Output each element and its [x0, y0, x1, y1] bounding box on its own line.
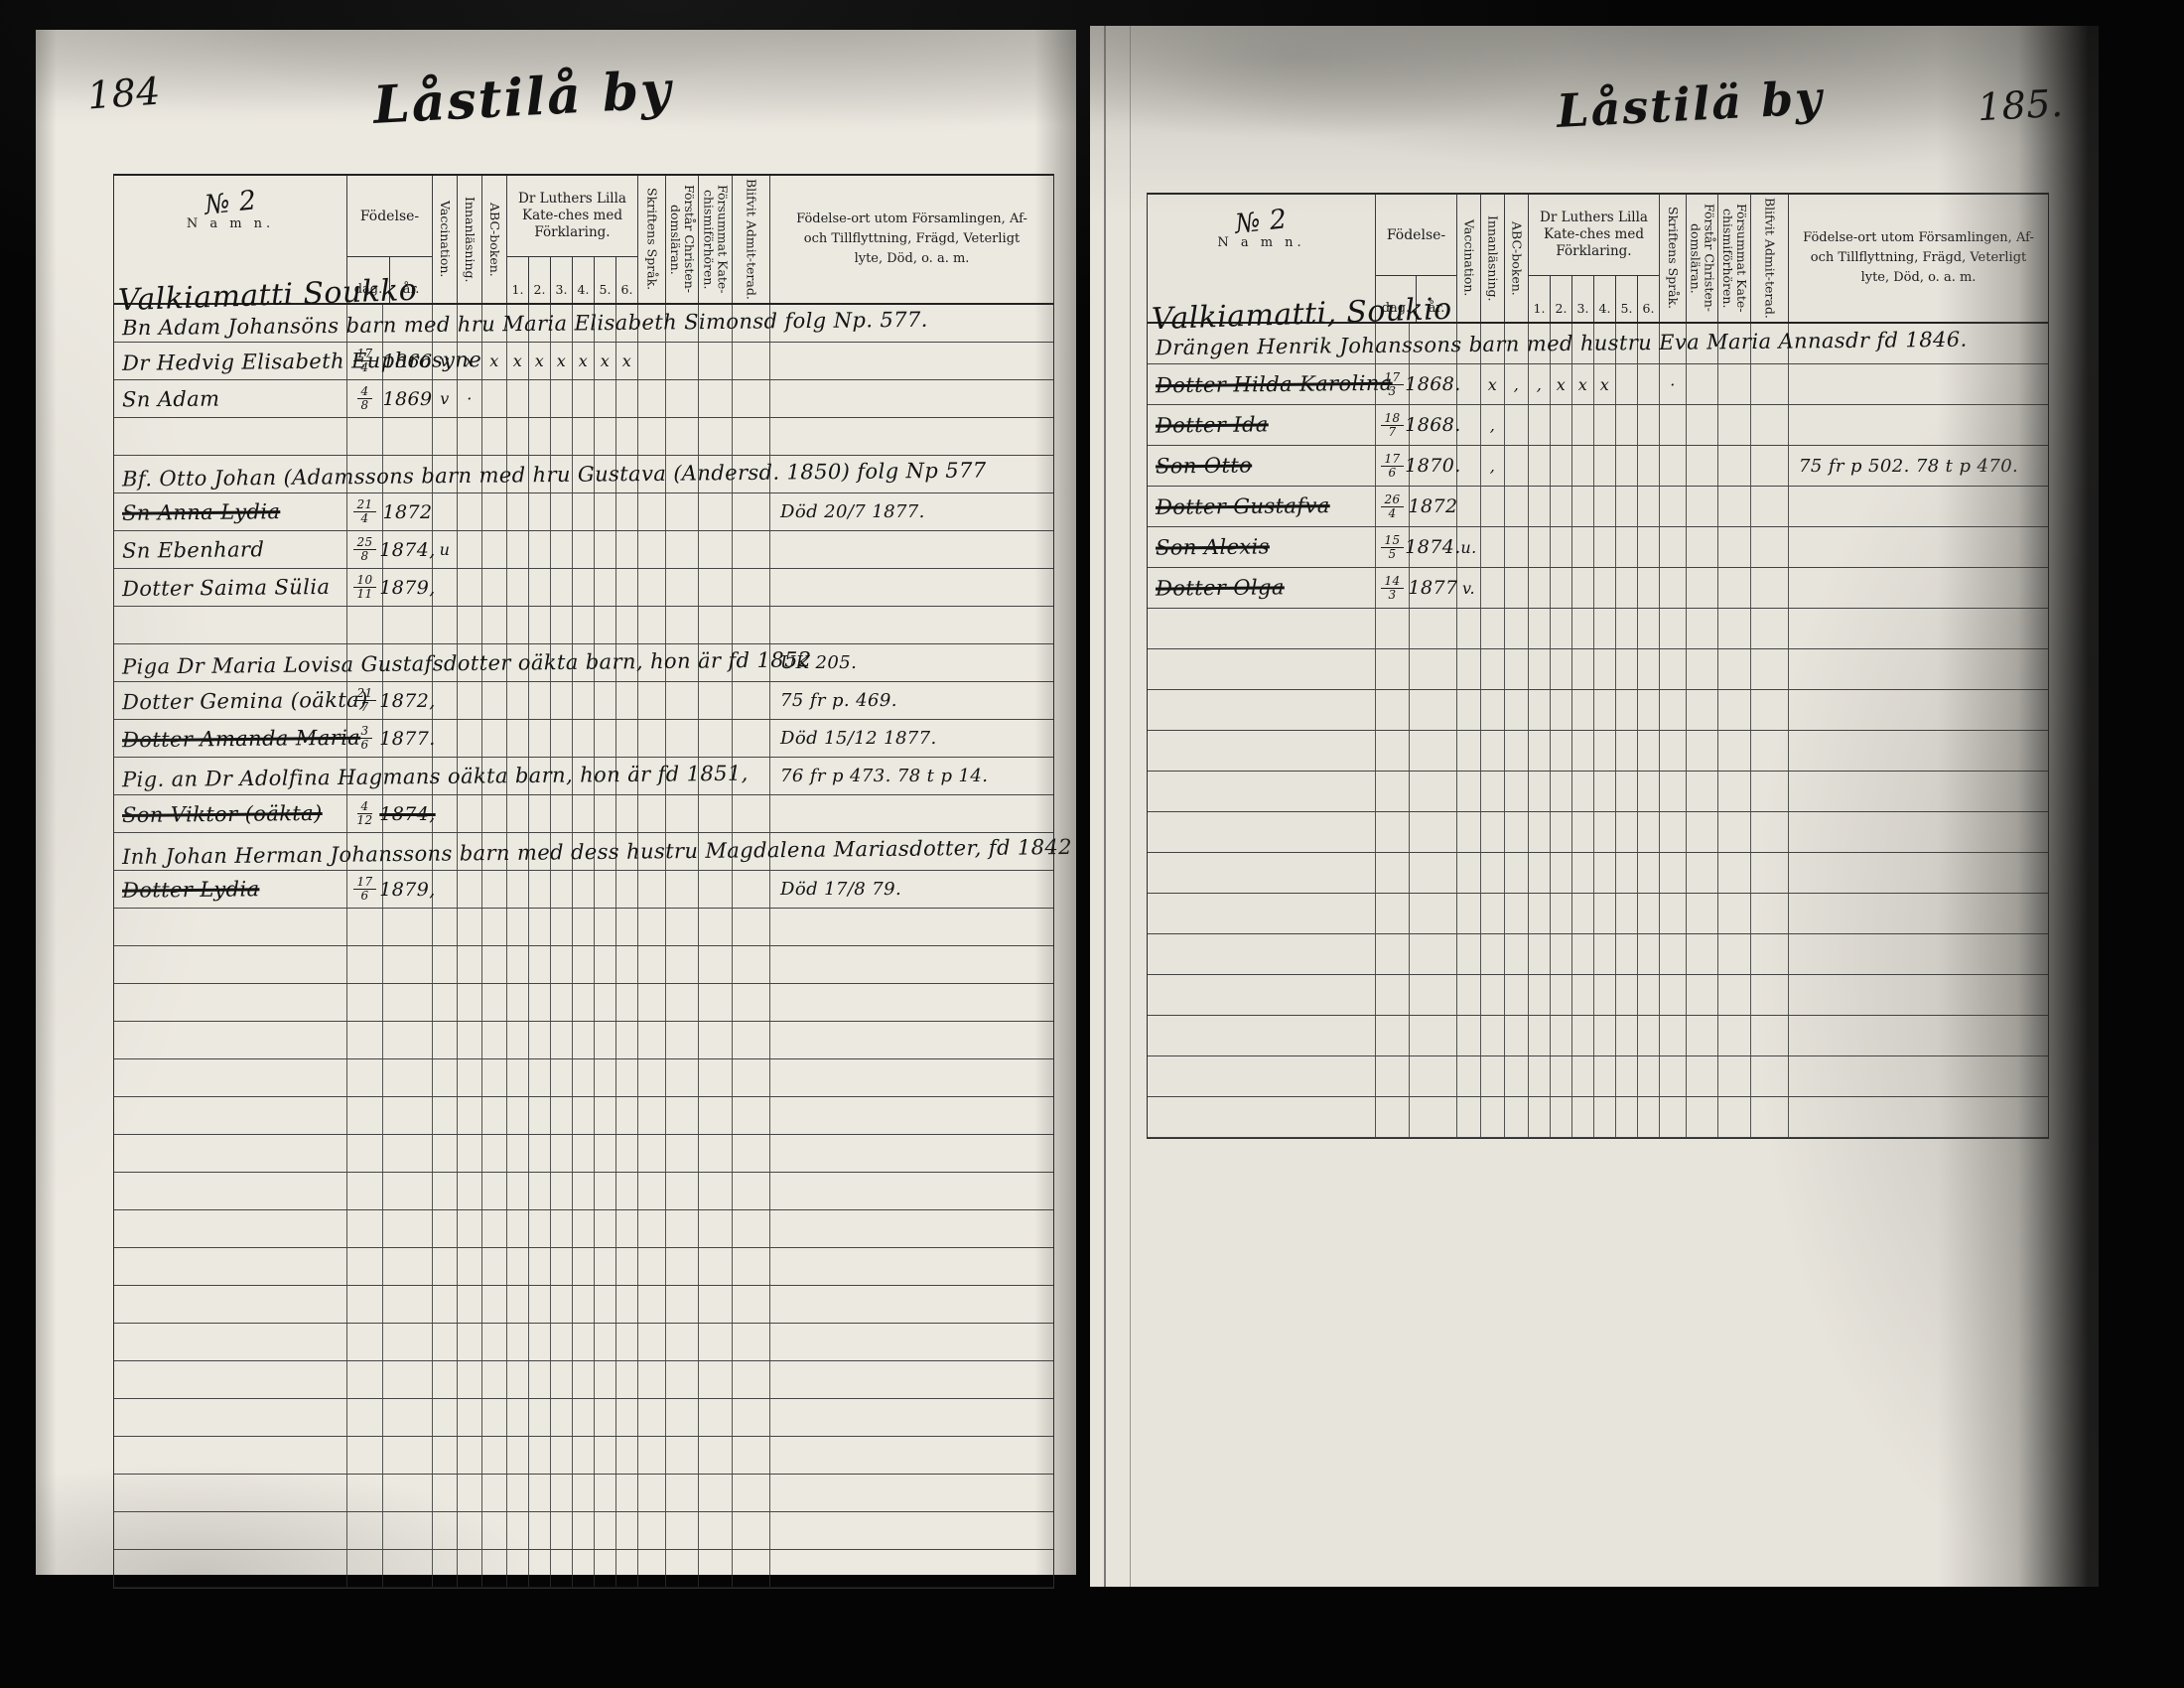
- table-row: [114, 418, 1053, 456]
- mark-cell: [433, 909, 458, 945]
- mark-cell: [551, 984, 573, 1021]
- mark: x: [557, 352, 566, 370]
- table-row: [114, 1097, 1053, 1135]
- birth-year: 1868.: [1405, 414, 1460, 436]
- name-label: N a m n.: [187, 216, 274, 231]
- mark-cell: [1687, 690, 1718, 730]
- mark-cell: [529, 795, 551, 832]
- name-cell: [1148, 649, 1376, 689]
- mark-cell: [458, 1550, 482, 1587]
- mark-cell: [733, 343, 770, 379]
- mark-cell: [616, 871, 638, 908]
- mark-cell: [699, 1437, 733, 1474]
- mark-cell: [458, 1173, 482, 1209]
- mark-cell: [1751, 975, 1789, 1015]
- mark-cell: [666, 418, 699, 455]
- mark-cell: [529, 946, 551, 983]
- mark-cell: [638, 1324, 666, 1360]
- neglect-label: Försummat Kate-chismiförhören.: [1720, 198, 1748, 319]
- mark-cell: [507, 1399, 529, 1436]
- birth-year-cell: [1410, 609, 1457, 648]
- mark-cell: [529, 1210, 551, 1247]
- table-row: Sn Ebenhard2581874,u: [114, 531, 1053, 569]
- mark-cell: [1594, 487, 1616, 526]
- household-number: № 2: [1234, 204, 1289, 239]
- binding-fold: [1104, 26, 1131, 1587]
- table-row: Dotter Amanda Maria361877.Död 15/12 1877…: [114, 720, 1053, 758]
- birth-day: 264: [1381, 493, 1403, 519]
- mark-cell: [1660, 446, 1687, 486]
- table-row: [1148, 690, 2048, 731]
- mark-cell: [551, 1399, 573, 1436]
- mark-cell: [573, 682, 595, 719]
- mark-cell: [1551, 568, 1572, 608]
- name-cell: [114, 1286, 347, 1323]
- birth-day-cell: [347, 1550, 383, 1587]
- person-name: Dotter Olga: [1156, 575, 1285, 600]
- birth-day-cell: [1376, 690, 1410, 730]
- birth-day-cell: [347, 1097, 383, 1134]
- mark-cell: [616, 1097, 638, 1134]
- column-header-reading: Innanläsning.: [1481, 195, 1505, 322]
- mark-cell: [1481, 853, 1505, 893]
- mark-cell: [595, 1475, 616, 1511]
- catechism-4: 4.: [573, 257, 595, 303]
- mark-cell: [666, 1324, 699, 1360]
- note-cell: [1789, 527, 2048, 567]
- mark-cell: [551, 1173, 573, 1209]
- mark-cell: [1551, 812, 1572, 852]
- mark-cell: [433, 1173, 458, 1209]
- birth-year: 1879,: [379, 577, 435, 599]
- name-cell: Dotter Amanda Maria: [114, 720, 347, 757]
- mark-cell: [666, 1361, 699, 1398]
- table-row: Dotter Gustafva2641872: [1148, 487, 2048, 527]
- mark-cell: [616, 795, 638, 832]
- name-cell: Dotter Lydia: [114, 871, 347, 908]
- name-cell: [114, 1361, 347, 1398]
- mark-cell: [1660, 649, 1687, 689]
- mark-cell: [666, 946, 699, 983]
- birth-year: 1877: [1409, 577, 1458, 599]
- birth-year-cell: [383, 1173, 433, 1209]
- table-row: [114, 1475, 1053, 1512]
- admitted-label: Blifvit Admit-terad.: [1763, 198, 1777, 319]
- mark-cell: [1718, 853, 1751, 893]
- birth-year-cell: 1872: [1410, 487, 1457, 526]
- mark-cell: [1572, 487, 1594, 526]
- name-cell: Dotter Olga: [1148, 568, 1376, 608]
- frac-part: 6: [360, 890, 368, 903]
- mark-cell: [638, 1399, 666, 1436]
- mark-cell: [507, 1324, 529, 1360]
- note-cell: [770, 795, 1053, 832]
- mark-cell: [1687, 364, 1718, 404]
- mark-cell: [666, 343, 699, 379]
- birth-day-cell: [1376, 649, 1410, 689]
- note-cell: [770, 531, 1053, 568]
- mark-cell: [433, 720, 458, 757]
- frac-part: 6: [360, 739, 368, 752]
- birth-day-cell: [347, 984, 383, 1021]
- mark-cell: ,: [1481, 405, 1505, 445]
- mark-cell: v.: [1457, 568, 1481, 608]
- mark-cell: [1718, 812, 1751, 852]
- mark: v.: [1462, 579, 1475, 598]
- mark-cell: [595, 531, 616, 568]
- reading-label: Innanläsning.: [1486, 215, 1500, 301]
- mark-cell: [1687, 487, 1718, 526]
- mark-cell: [551, 1210, 573, 1247]
- name-cell: [1148, 772, 1376, 811]
- birth-year: 1874,: [379, 539, 435, 561]
- mark-cell: [1687, 1097, 1718, 1137]
- mark-cell: [1529, 568, 1551, 608]
- mark-cell: [507, 1361, 529, 1398]
- birth-day: 176: [353, 876, 375, 902]
- name-cell: Bf. Otto Johan (Adamssons barn med hru G…: [114, 456, 347, 492]
- birth-year-cell: [383, 1437, 433, 1474]
- mark-cell: [699, 418, 733, 455]
- mark-cell: [573, 720, 595, 757]
- mark-cell: [551, 569, 573, 606]
- table-row: Son Viktor (oäkta)4121874,: [114, 795, 1053, 833]
- mark-cell: [1529, 487, 1551, 526]
- mark-cell: v: [433, 380, 458, 417]
- mark-cell: [595, 1399, 616, 1436]
- mark-cell: [595, 1135, 616, 1172]
- mark-cell: [1718, 405, 1751, 445]
- mark-cell: [1594, 690, 1616, 730]
- mark-cell: [551, 871, 573, 908]
- catechism-5: 5.: [1616, 276, 1638, 322]
- mark-cell: [1529, 772, 1551, 811]
- mark-cell: [733, 984, 770, 1021]
- table-row: [1148, 1016, 2048, 1056]
- mark-cell: [733, 682, 770, 719]
- mark-cell: [458, 1512, 482, 1549]
- mark-cell: [616, 418, 638, 455]
- table-row: Dotter Olga1431877v.: [1148, 568, 2048, 609]
- mark-cell: [433, 871, 458, 908]
- frac-part: 4: [357, 800, 371, 814]
- note-cell: [770, 569, 1053, 606]
- mark-cell: [551, 1286, 573, 1323]
- mark-cell: [1638, 1016, 1660, 1055]
- mark-cell: [1594, 894, 1616, 933]
- mark-cell: [458, 909, 482, 945]
- table-row: Dotter Lydia1761879,Död 17/8 79.: [114, 871, 1053, 909]
- birth-day-cell: [347, 1135, 383, 1172]
- mark-cell: [1687, 609, 1718, 648]
- mark-cell: [1638, 975, 1660, 1015]
- mark-cell: [1505, 731, 1529, 771]
- note-cell: [770, 1512, 1053, 1549]
- mark-cell: [699, 607, 733, 643]
- mark-cell: x: [573, 343, 595, 379]
- birth-year: 1872: [1409, 495, 1458, 517]
- mark-cell: [699, 1512, 733, 1549]
- mark-cell: ,: [1529, 364, 1551, 404]
- mark-cell: [638, 1173, 666, 1209]
- mark-cell: [1551, 894, 1572, 933]
- mark-cell: [507, 909, 529, 945]
- mark-cell: [529, 1022, 551, 1058]
- mark-cell: [573, 795, 595, 832]
- birth-year-cell: [383, 1022, 433, 1058]
- note-cell: [770, 946, 1053, 983]
- mark-cell: [482, 1550, 507, 1587]
- catechism-1: 1.: [1529, 276, 1551, 322]
- mark-cell: [551, 607, 573, 643]
- mark: ·: [467, 389, 473, 408]
- note-cell: [1789, 609, 2048, 648]
- mark-cell: [733, 1550, 770, 1587]
- mark-cell: [638, 531, 666, 568]
- mark-cell: [1718, 690, 1751, 730]
- name-cell: Dr Hedvig Elisabeth Euphrosyne: [114, 343, 347, 379]
- note-cell: [770, 380, 1053, 417]
- mark-cell: [1551, 853, 1572, 893]
- mark-cell: [638, 1210, 666, 1247]
- table-row: Son Otto1761870.,75 fr p 502. 78 t p 470…: [1148, 446, 2048, 487]
- table-row: Sn Adam481869v·: [114, 380, 1053, 418]
- mark-cell: [733, 946, 770, 983]
- mark-cell: [699, 1475, 733, 1511]
- name-cell: Dotter Hilda Karolina: [1148, 364, 1376, 404]
- mark-cell: [733, 1437, 770, 1474]
- mark-cell: ,: [1505, 364, 1529, 404]
- mark-cell: [573, 1475, 595, 1511]
- mark-cell: [482, 1399, 507, 1436]
- mark-cell: [433, 946, 458, 983]
- mark-cell: [482, 1248, 507, 1285]
- mark-cell: [573, 1022, 595, 1058]
- mark-cell: [595, 1437, 616, 1474]
- mark-cell: [1751, 364, 1789, 404]
- frac-part: 4: [360, 512, 368, 525]
- mark: x: [535, 352, 544, 370]
- mark-cell: [482, 569, 507, 606]
- frac-part: 4: [357, 385, 371, 399]
- mark-cell: [1551, 975, 1572, 1015]
- mark-cell: [733, 418, 770, 455]
- mark-cell: [666, 1135, 699, 1172]
- mark-cell: x: [1551, 364, 1572, 404]
- mark-cell: [1616, 609, 1638, 648]
- name-cell: [114, 1135, 347, 1172]
- mark-cell: [433, 1361, 458, 1398]
- mark-cell: [1551, 690, 1572, 730]
- mark-cell: [1638, 1056, 1660, 1096]
- mark-cell: [1572, 690, 1594, 730]
- table-row: [1148, 812, 2048, 853]
- mark-cell: [666, 909, 699, 945]
- table-row: Dotter Hilda Karolina1731868.x,,xxx·: [1148, 364, 2048, 405]
- note-cell: [770, 1210, 1053, 1247]
- birth-year-cell: [1410, 772, 1457, 811]
- mark-cell: [529, 607, 551, 643]
- catechism-3: 3.: [1572, 276, 1594, 322]
- table-row: Dotter Saima Sülia10111879,: [114, 569, 1053, 607]
- mark-cell: [458, 1210, 482, 1247]
- name-cell: [114, 1173, 347, 1209]
- mark-cell: [638, 871, 666, 908]
- mark-cell: [482, 380, 507, 417]
- mark-cell: [616, 1210, 638, 1247]
- mark-cell: [699, 1324, 733, 1360]
- person-name: Dotter Saima Sülia: [122, 574, 331, 600]
- person-name: Son Otto: [1156, 453, 1252, 478]
- mark-cell: [1660, 568, 1687, 608]
- mark-cell: [595, 607, 616, 643]
- mark-cell: [1638, 772, 1660, 811]
- page-title-right: Låstilä by: [1556, 70, 1825, 138]
- mark-cell: [433, 1475, 458, 1511]
- mark-cell: [433, 607, 458, 643]
- mark-cell: [1481, 609, 1505, 648]
- mark-cell: [638, 1135, 666, 1172]
- column-header-scripture: Skriftens Språk.: [1660, 195, 1687, 322]
- birth-day-cell: [347, 909, 383, 945]
- table-row: [1148, 1097, 2048, 1138]
- mark-cell: [573, 909, 595, 945]
- mark-cell: [1751, 1097, 1789, 1137]
- mark-cell: [551, 1324, 573, 1360]
- mark-cell: [638, 1097, 666, 1134]
- mark-cell: [616, 1286, 638, 1323]
- note-cell: UK 205.: [770, 644, 1053, 681]
- mark-cell: [733, 909, 770, 945]
- birth-day: 143: [1381, 575, 1403, 601]
- mark-cell: [1481, 568, 1505, 608]
- mark-cell: [666, 1437, 699, 1474]
- mark-cell: [551, 1135, 573, 1172]
- mark-cell: [529, 1324, 551, 1360]
- mark-cell: [1457, 609, 1481, 648]
- birth-day-cell: [1376, 975, 1410, 1015]
- scanned-document: 184 Låstilå by № 2 N a m n. Valkiamatti …: [0, 0, 2184, 1688]
- frac-part: 11: [356, 588, 372, 601]
- person-name: Dotter Amanda Maria: [122, 725, 360, 752]
- column-header-vaccination: Vaccination.: [433, 176, 458, 303]
- note-cell: 76 fr p 473. 78 t p 14.: [770, 758, 1053, 794]
- note-cell: [770, 1022, 1053, 1058]
- birth-year-cell: 1869: [383, 380, 433, 417]
- mark-cell: [433, 1324, 458, 1360]
- birth-year: 1874,: [379, 803, 435, 825]
- mark-cell: [433, 1399, 458, 1436]
- birth-year-cell: [1410, 731, 1457, 771]
- mark-cell: [616, 1512, 638, 1549]
- column-header-understands: Förstår Christen-domsläran.: [1687, 195, 1718, 322]
- mark-cell: [699, 1059, 733, 1096]
- mark-cell: [595, 569, 616, 606]
- name-cell: [114, 1059, 347, 1096]
- mark-cell: [666, 1399, 699, 1436]
- mark-cell: [1616, 975, 1638, 1015]
- mark-cell: [482, 1437, 507, 1474]
- mark-cell: [551, 418, 573, 455]
- person-name: Son Viktor (oäkta): [122, 800, 323, 826]
- mark: ,: [1537, 375, 1543, 394]
- birth-year-cell: [1410, 649, 1457, 689]
- mark-cell: [1687, 1016, 1718, 1055]
- mark-cell: [458, 682, 482, 719]
- birth-year: 1872: [383, 501, 433, 523]
- mark-cell: [616, 380, 638, 417]
- person-name: Dotter Lydia: [122, 877, 260, 902]
- mark-cell: [666, 1550, 699, 1587]
- mark-cell: [1529, 894, 1551, 933]
- mark-cell: [529, 1361, 551, 1398]
- mark-cell: [1616, 527, 1638, 567]
- mark-cell: [733, 1059, 770, 1096]
- mark-cell: [458, 1324, 482, 1360]
- name-cell: [114, 418, 347, 455]
- mark-cell: [507, 569, 529, 606]
- birth-year-cell: [1410, 1097, 1457, 1137]
- scripture-label: Skriftens Språk.: [645, 188, 659, 290]
- mark-cell: [482, 1173, 507, 1209]
- birth-day-cell: [347, 1437, 383, 1474]
- mark-cell: [1594, 934, 1616, 974]
- frac-part: 18: [1381, 412, 1403, 426]
- birth-year-cell: [1410, 934, 1457, 974]
- mark-cell: [1616, 649, 1638, 689]
- table-row: Inh Johan Herman Johanssons barn med des…: [114, 833, 1053, 871]
- table-row: [1148, 894, 2048, 934]
- mark-cell: [507, 1059, 529, 1096]
- name-label: N a m n.: [1217, 235, 1304, 250]
- note-cell: [770, 418, 1053, 455]
- mark-cell: [1638, 609, 1660, 648]
- mark-cell: [666, 682, 699, 719]
- catechism-2: 2.: [529, 257, 551, 303]
- mark-cell: [1718, 609, 1751, 648]
- mark-cell: [1505, 568, 1529, 608]
- table-row: [1148, 731, 2048, 772]
- vaccination-label: Vaccination.: [1462, 219, 1476, 296]
- mark-cell: [1457, 1056, 1481, 1096]
- mark-cell: [1718, 649, 1751, 689]
- mark-cell: [529, 531, 551, 568]
- table-row: [114, 1550, 1053, 1588]
- note-cell: [770, 607, 1053, 643]
- mark-cell: [433, 1097, 458, 1134]
- mark-cell: [458, 795, 482, 832]
- column-header-notes: Födelse-ort utom Församlingen, Af- och T…: [1789, 195, 2048, 322]
- mark-cell: [1481, 1097, 1505, 1137]
- mark-cell: x: [507, 343, 529, 379]
- mark-cell: [699, 1097, 733, 1134]
- birth-day-cell: 258: [347, 531, 383, 568]
- birth-day-cell: [347, 946, 383, 983]
- note-cell: [1789, 1097, 2048, 1137]
- mark-cell: [1505, 649, 1529, 689]
- mark-cell: x: [595, 343, 616, 379]
- mark-cell: [666, 1210, 699, 1247]
- note-text: UK 205.: [780, 652, 857, 673]
- mark-cell: [1551, 772, 1572, 811]
- birth-day-cell: [347, 1210, 383, 1247]
- name-cell: [1148, 609, 1376, 648]
- note-cell: [1789, 731, 2048, 771]
- birth-year-cell: [383, 1248, 433, 1285]
- name-cell: [1148, 853, 1376, 893]
- mark-cell: [1529, 649, 1551, 689]
- mark-cell: [1505, 934, 1529, 974]
